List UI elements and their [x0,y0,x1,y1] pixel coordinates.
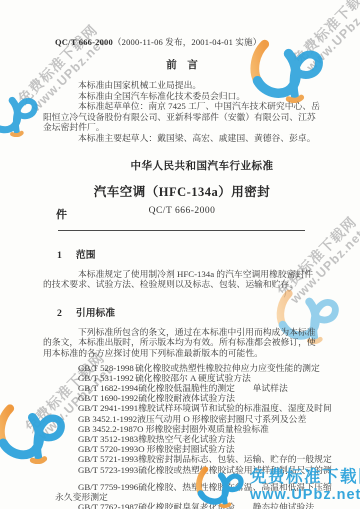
reference-title: 液压气动用 O 形橡胶密封圈尺寸系列及公差 [137,414,306,424]
reference-number: GB/T 5720-1993 [78,444,138,454]
footer-brand-text: 免费标准下载网 www.UPbz.net [250,468,360,503]
reference-title: 硫化橡胶耐液体试验方法 [138,393,235,403]
section-heading-label: 范围 [76,250,96,261]
reference-number: GB/T 528-1998 [78,363,135,373]
section-number: 1 [57,250,62,261]
foreword-paragraph: 本标准主要起草人：戴国梁、高宏、戚建国、黄德谷、彭卓。 [43,133,321,144]
foreword-paragraph: 本标准由全国汽车标准化技术委员会归口。 [43,91,321,102]
reference-row: GB 3452.2-1987O 形橡胶密封圈外观质量检验标准 [43,424,321,434]
reference-row: GB/T 1682-1994硫化橡胶低温脆性的测定 单试样法 [43,383,321,393]
foreword-title: 前 言 [43,57,321,72]
reference-row: GB/T 531-1992硫化橡胶邵尔 A 硬度试验方法 [43,373,321,383]
foreword-paragraph: 本标准起草单位：南京 7425 工厂、中国汽车技术研究中心、岳阳恒立冷气设备股份… [43,101,321,133]
reference-number: GB 3452.2-1987 [78,424,137,434]
upbz-logo-icon [192,462,248,508]
reference-number: GB/T 531-1992 [78,373,135,383]
reference-title: 硫化橡胶或热塑性橡胶拉伸应力应变性能的测定 [135,363,320,373]
reference-number: GB/T 5723-1993 [78,465,138,475]
footer-site-name: 免费标准下载网 [250,468,360,487]
standard-issue-line: QC/T 666-2000（2000-11-06 发布，2001-04-01 实… [43,36,321,48]
reference-row: GB/T 3512-1983橡胶热空气老化试验方法 [43,434,321,444]
reference-title: 橡胶试样环境调节和试验的标准温度、湿度及时间 [138,403,332,413]
standard-number: QC/T 666-2000 [43,206,321,216]
reference-row: GB/T 5720-1993O 形橡胶密封圈试验方法 [43,444,321,454]
section-paragraph: 本标准规定了使用制冷剂 HFC-134a 的汽车空调用橡胶密封件的技术要求、试验… [43,269,321,290]
section-number: 2 [57,308,62,319]
reference-title: 橡胶热空气老化试验方法 [138,434,235,444]
reference-number: GB/T 7759-1996 [78,482,138,492]
foreword-paragraph: 本标准由国家机械工业局提出。 [43,80,321,91]
title-divider [58,230,305,231]
upbz-logo-icon [0,85,42,137]
reference-row: GB/T 528-1998硫化橡胶或热塑性橡胶拉伸应力应变性能的测定 [43,363,321,373]
section-paragraph: 下列标准所包含的条文，通过在本标准中引用而构成为本标准的条文，本标准出版时，所示… [43,327,321,359]
reference-number: GB/T 1682-1994 [78,383,138,393]
standard-title-row: 件 QC/T 666-2000 [43,206,321,219]
reference-title: 硫化橡胶邵尔 A 硬度试验方法 [135,373,251,383]
reference-title: 永久变形测定 [55,492,108,502]
standard-code: QC/T 666-2000 [55,37,113,47]
section-heading: 1范围 [43,247,321,261]
scanned-standard-page: 免费标准下载网 www.UPbz.net 免费标准下载网 www.UPbz.ne… [0,0,360,509]
reference-row: GB 3452.1-1992液压气动用 O 形橡胶密封圈尺寸系列及公差 [43,414,321,424]
footer-site-url: www.UPbz.net [250,487,360,503]
reference-number: GB 3452.1-1992 [78,414,137,424]
reference-number: GB/T 5721-1993 [78,454,138,464]
reference-row: GB/T 2941-1991橡胶试样环境调节和试验的标准温度、湿度及时间 [43,403,321,413]
reference-number: GB/T 1690-1992 [78,393,138,403]
reference-title: 硫化橡胶低温脆性的测定 单试样法 [138,383,288,393]
standard-class-line: 中华人民共和国汽车行业标准 [43,158,321,173]
standard-title-wrap: 件 [56,206,67,222]
reference-number: GB/T 7762-1987 [78,502,138,509]
footer-brand: 免费标准下载网 www.UPbz.net [192,462,360,508]
reference-number: GB/T 2941-1991 [78,403,138,413]
reference-title: O 形橡胶密封圈试验方法 [138,444,235,454]
reference-row: GB/T 1690-1992硫化橡胶耐液体试验方法 [43,393,321,403]
document-body: QC/T 666-2000（2000-11-06 发布，2001-04-01 实… [43,36,321,509]
reference-title: O 形橡胶密封圈外观质量检验标准 [137,424,269,434]
reference-number: GB/T 3512-1983 [78,434,138,444]
standard-title: 汽车空调（HFC-134a）用密封 [43,182,321,200]
issue-dates: （2000-11-06 发布，2001-04-01 实施） [113,37,262,47]
section-heading: 2引用标准 [43,305,321,319]
section-heading-label: 引用标准 [76,308,115,319]
